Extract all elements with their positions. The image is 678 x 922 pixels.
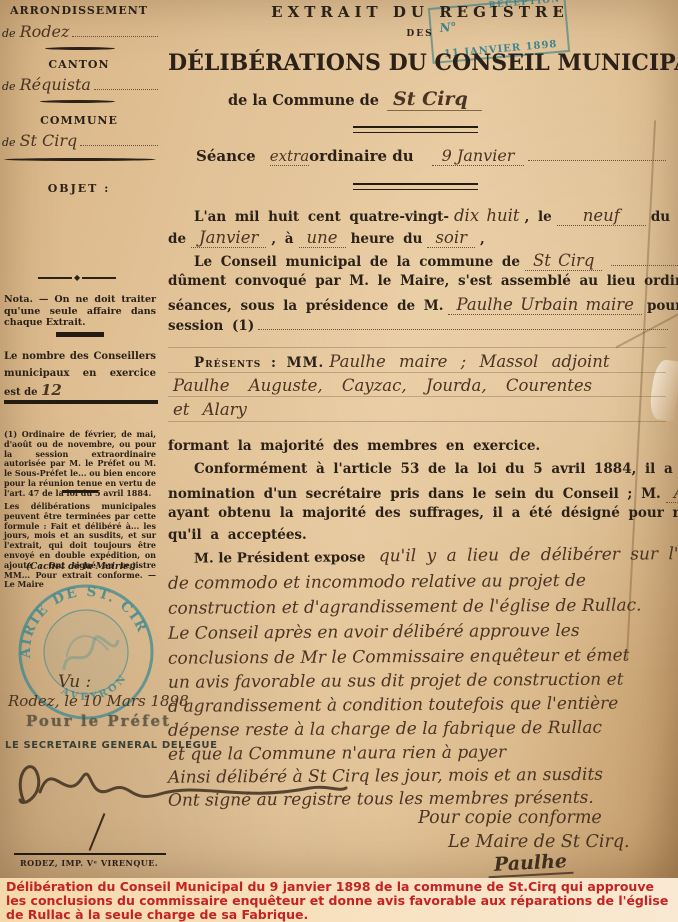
pour-le-prefet-stamp: Pour le Préfet — [26, 712, 171, 730]
dotted-line — [258, 317, 668, 330]
dotted-line — [611, 253, 678, 266]
divider-line — [38, 277, 72, 279]
form-rule-line — [168, 372, 666, 373]
commune-printed: de la Commune de — [228, 92, 379, 109]
divider-line — [82, 277, 116, 279]
seance-ordinaire: ordinaire du — [309, 147, 413, 165]
title-commune-line: de la Commune de St Cirq — [228, 88, 608, 111]
thick-rule — [62, 490, 98, 493]
seance-line: Séance extra ordinaire du 9 Janvier — [196, 146, 666, 166]
handwritten-text: Paulhe Urbain maire — [448, 295, 642, 315]
flourish-line — [4, 158, 156, 161]
body-line: formant la majorité des membres en exerc… — [168, 438, 668, 454]
caption-text: Délibération du Conseil Municipal du 9 j… — [6, 879, 668, 922]
printed-text: heure du — [351, 231, 423, 247]
expose-line: un avis favorable au sus dit projet de c… — [168, 669, 672, 693]
dotted-line — [94, 75, 158, 90]
expose-line: et que la Commune n'aura rien à payer — [168, 741, 672, 765]
dotted-line — [72, 22, 158, 37]
printed-text: , le — [525, 209, 552, 225]
expose-line: conclusions de Mr le Commissaire enquête… — [168, 645, 672, 669]
body-line: ayant obtenu la majorité des suffrages, … — [168, 505, 668, 521]
form-rule-line — [168, 396, 666, 397]
conseillers-text: Le nombre des Conseillers municipaux en … — [4, 348, 156, 401]
presents-handwritten: Paulhe maire ; Massol adjoint — [329, 352, 609, 371]
body-line: séances, sous la présidence de M. Paulhe… — [168, 295, 668, 315]
presents-handwritten: et Alary — [173, 400, 247, 419]
dotted-line — [528, 146, 666, 161]
canton-de: de — [2, 80, 16, 93]
printed-text: séances, sous la présidence de M. — [168, 298, 443, 314]
title-des: DES — [168, 29, 672, 39]
diamond-icon: ◆ — [74, 273, 80, 282]
seance-label: Séance — [196, 147, 256, 165]
printed-text: nomination d'un secrétaire pris dans le … — [168, 486, 661, 502]
printer-credit: RODEZ, IMP. Vᵉ VIRENQUE. — [20, 858, 158, 868]
thick-rule — [56, 332, 104, 337]
title-extrait: EXTRAIT DU REGISTRE — [168, 3, 672, 21]
body-line: L'an mil huit cent quatre-vingt- dix hui… — [168, 206, 678, 226]
commune-value: St Cirq — [20, 131, 78, 150]
caption-bar: Délibération du Conseil Municipal du 9 j… — [0, 878, 678, 922]
body-line: de Janvier , à une heure du soir , — [168, 228, 668, 248]
body-line: Le Conseil municipal de la commune de St… — [168, 251, 678, 271]
printed-text: Le Conseil municipal de la commune de — [194, 254, 520, 270]
printed-text: session (1) — [168, 318, 254, 334]
handwritten-text: St Cirq — [525, 251, 603, 271]
conseillers-count: 12 — [41, 381, 62, 399]
closing-maire: Le Maire de St Cirq. — [448, 832, 630, 852]
arrondissement-label: ARRONDISSEMENT — [0, 4, 158, 17]
commune-de: de — [2, 136, 16, 149]
printed-text: de — [168, 231, 186, 247]
presents-line: Paulhe Auguste, Cayzac, Jourda, Courente… — [168, 376, 668, 395]
expose-line: construction et d'agrandissement de l'ég… — [168, 595, 672, 619]
flourish-line — [45, 47, 115, 50]
handwritten-text: Janvier — [191, 228, 266, 248]
presents-line: et Alary — [168, 400, 668, 419]
arrondissement-de: de — [2, 27, 16, 40]
handwritten-text: soir — [427, 228, 475, 248]
divider-ornament: ◆ — [38, 273, 116, 282]
handwritten-text: neuf — [557, 206, 646, 226]
form-rule-line — [168, 421, 666, 422]
expose-line: dépense reste à la charge de la fabrique… — [168, 717, 672, 741]
body-line: qu'il a acceptées. — [168, 527, 668, 543]
printed-text: pour la — [647, 298, 678, 314]
handwritten-text: qu'il y a lieu de délibérer sur l'enquêt… — [379, 544, 678, 567]
commune-handwritten: St Cirq — [387, 88, 482, 111]
body-line: session (1) — [168, 317, 668, 334]
closing-copie-conforme: Pour copie conforme — [418, 808, 602, 828]
body-line: nomination d'un secrétaire pris dans le … — [168, 483, 668, 503]
canton-label: CANTON — [0, 58, 158, 71]
expose-line: Le Conseil après en avoir délibéré appro… — [168, 620, 672, 644]
form-rule-line — [168, 347, 666, 348]
printed-text: formant la majorité des membres en exerc… — [168, 438, 540, 454]
printed-text: L'an mil huit cent quatre-vingt- — [194, 209, 449, 225]
handwritten-text: une — [299, 228, 346, 248]
body-line: dûment convoqué par M. le Maire, s'est a… — [168, 273, 668, 289]
seance-extra-handwritten: extra — [270, 147, 309, 166]
double-rule — [353, 183, 478, 190]
commune-label: COMMUNE — [0, 114, 158, 127]
maire-signature: Paulhe — [487, 850, 573, 878]
arrondissement-value: Rodez — [20, 22, 70, 41]
handwritten-text: Alary — [666, 483, 678, 503]
conseillers-label: Le nombre des Conseillers municipaux en … — [4, 351, 156, 398]
footnote-1: (1) Ordinaire de février, de mai, d'août… — [4, 430, 156, 499]
expose-line: d'agrandissement à condition toutefois q… — [168, 693, 672, 717]
presents-handwritten: Paulhe Auguste, Cayzac, Jourda, Courente… — [173, 376, 592, 395]
printed-text: , — [480, 231, 485, 247]
printed-text: du mois — [651, 209, 678, 225]
printed-text: dûment convoqué par M. le Maire, s'est a… — [168, 273, 678, 289]
presents-line: Présents : MM. Paulhe maire ; Massol adj… — [168, 352, 678, 371]
canton-value: Réquista — [20, 75, 91, 94]
thick-rule — [4, 400, 158, 404]
vu-label: Vu : — [58, 672, 91, 692]
printed-text: qu'il a acceptées. — [168, 527, 307, 543]
presents-label: Présents : MM. — [194, 355, 324, 371]
title-deliberations: DÉLIBÉRATIONS DU CONSEIL MUNICIPAL — [168, 50, 672, 76]
nota-text: Nota. — On ne doit traiter qu'une seule … — [4, 294, 156, 329]
document-page: ARRONDISSEMENT de Rodez CANTON de Réquis… — [0, 0, 678, 922]
expose-line: M. le Président expose qu'il y a lieu de… — [168, 544, 672, 568]
printed-text: , à — [271, 231, 293, 247]
dotted-line — [80, 131, 158, 146]
objet-label: OBJET : — [0, 182, 158, 195]
double-rule — [353, 126, 478, 133]
expose-label: M. le Président expose — [168, 549, 366, 566]
body-line: Conformément à l'article 53 de la loi du… — [168, 461, 678, 477]
expose-line: de commodo et incommodo relative au proj… — [168, 570, 672, 594]
vu-date: Rodez, le 10 Mars 1898 — [8, 692, 189, 710]
printed-text: Conformément à l'article 53 de la loi du… — [194, 461, 678, 477]
printed-text: ayant obtenu la majorité des suffrages, … — [168, 505, 678, 521]
printer-rule — [14, 853, 166, 855]
handwritten-text: dix huit — [454, 206, 520, 225]
seance-date-handwritten: 9 Janvier — [432, 146, 525, 166]
flourish-line — [40, 100, 115, 103]
expose-line: Ainsi délibéré à St Cirq les jour, mois … — [168, 764, 672, 788]
